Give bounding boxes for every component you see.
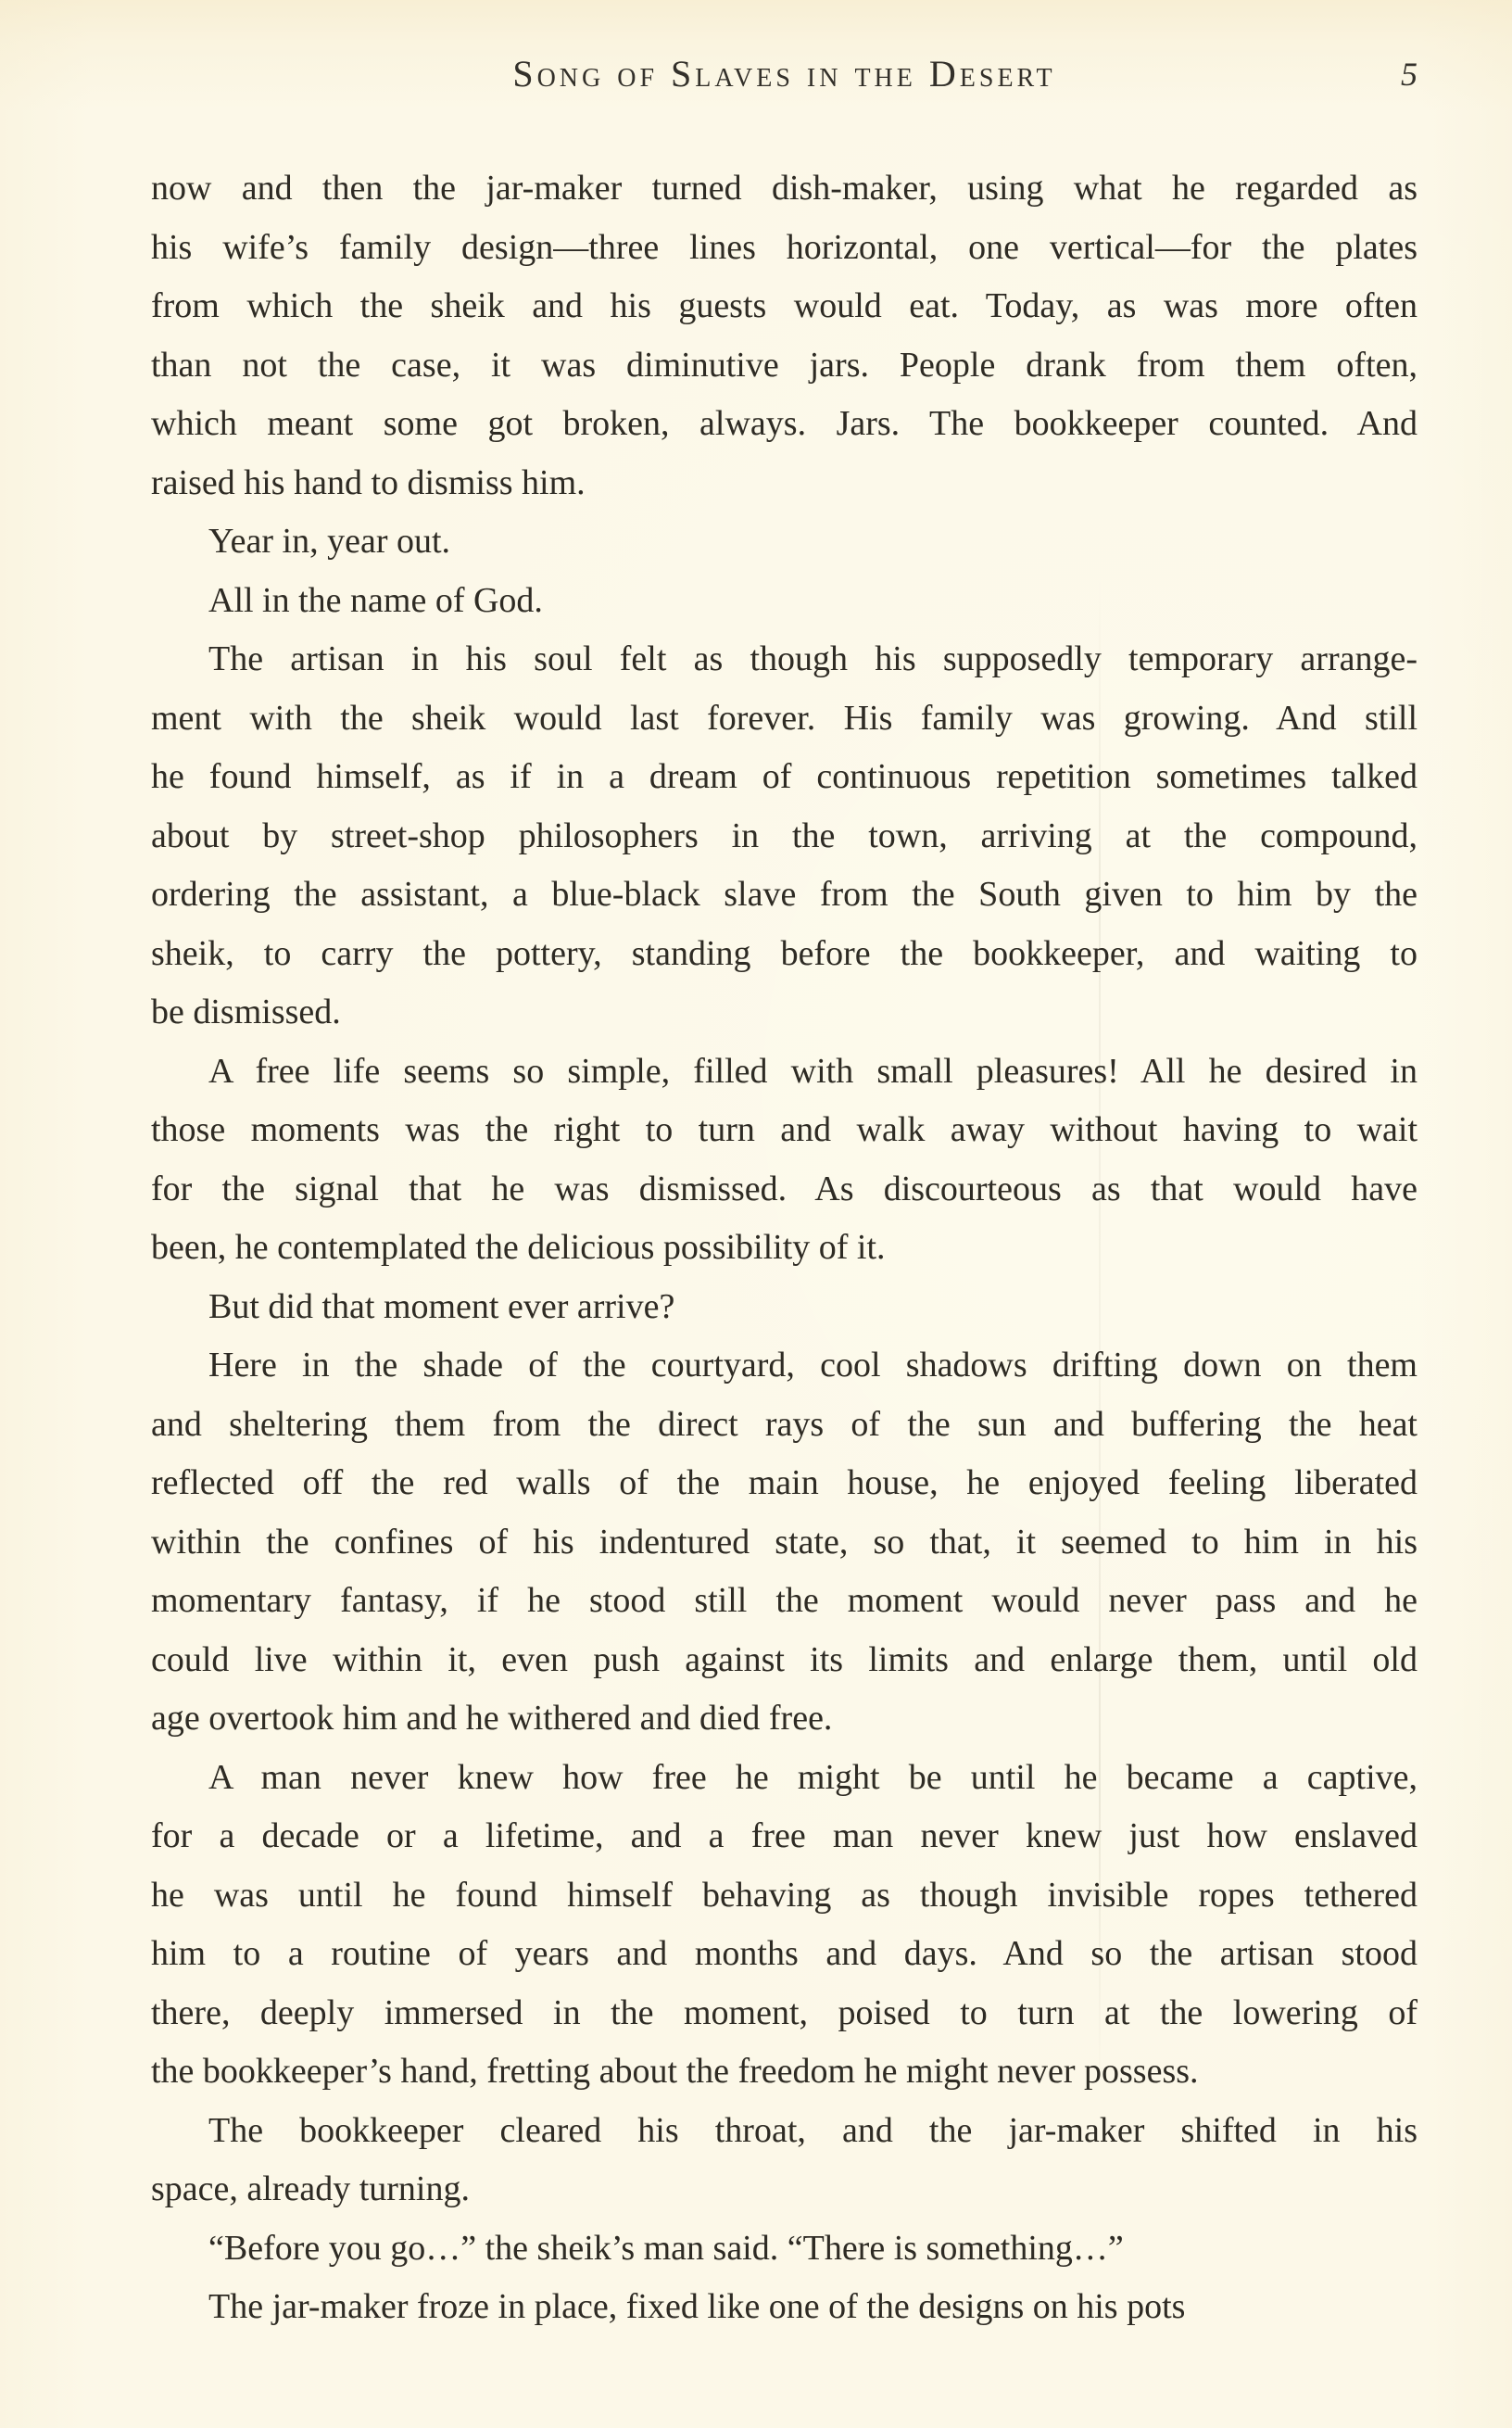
text-line: The bookkeeper cleared his throat, and t… — [151, 2102, 1417, 2161]
text-line: A free life seems so simple, filled with… — [151, 1043, 1417, 1102]
text-line: he found himself, as if in a dream of co… — [151, 748, 1417, 807]
paragraph: The bookkeeper cleared his throat, and t… — [151, 2102, 1417, 2219]
text-line: Here in the shade of the courtyard, cool… — [151, 1336, 1417, 1396]
text-line: space, already turning. — [151, 2160, 1417, 2219]
text-line: ordering the assistant, a blue-black sla… — [151, 866, 1417, 925]
text-line: than not the case, it was diminutive jar… — [151, 336, 1417, 396]
text-line: momentary fantasy, if he stood still the… — [151, 1572, 1417, 1631]
text-line: now and then the jar-maker turned dish-m… — [151, 159, 1417, 219]
text-line: The jar-maker froze in place, fixed like… — [151, 2278, 1417, 2337]
text-line: within the confines of his indentured st… — [151, 1513, 1417, 1573]
text-line: raised his hand to dismiss him. — [151, 454, 1417, 513]
text-line: for the signal that he was dismissed. As… — [151, 1160, 1417, 1220]
text-line: for a decade or a lifetime, and a free m… — [151, 1807, 1417, 1866]
text-line: be dismissed. — [151, 983, 1417, 1043]
text-line: there, deeply immersed in the moment, po… — [151, 1984, 1417, 2043]
running-header: Song of Slaves in the Desert 5 — [151, 48, 1417, 100]
paragraph: “Before you go…” the sheik’s man said. “… — [151, 2219, 1417, 2279]
text-line: reflected off the red walls of the main … — [151, 1454, 1417, 1513]
text-line: The artisan in his soul felt as though h… — [151, 630, 1417, 689]
body-text: now and then the jar-maker turned dish-m… — [151, 159, 1417, 2337]
book-page: { "page": { "header": { "title": "Song o… — [0, 0, 1512, 2428]
text-line: A man never knew how free he might be un… — [151, 1749, 1417, 1808]
text-line: from which the sheik and his guests woul… — [151, 277, 1417, 336]
page-title: Song of Slaves in the Desert — [151, 48, 1417, 100]
text-line: his wife’s family design—three lines hor… — [151, 219, 1417, 278]
paragraph: All in the name of God. — [151, 572, 1417, 631]
text-line: which meant some got broken, always. Jar… — [151, 395, 1417, 454]
paragraph: But did that moment ever arrive? — [151, 1278, 1417, 1337]
text-line: been, he contemplated the delicious poss… — [151, 1219, 1417, 1278]
text-line: Year in, year out. — [151, 512, 1417, 572]
paragraph: Here in the shade of the courtyard, cool… — [151, 1336, 1417, 1749]
paragraph: Year in, year out. — [151, 512, 1417, 572]
text-line: about by street-shop philosophers in the… — [151, 807, 1417, 866]
text-line: “Before you go…” the sheik’s man said. “… — [151, 2219, 1417, 2279]
paragraph: The jar-maker froze in place, fixed like… — [151, 2278, 1417, 2337]
paragraph: The artisan in his soul felt as though h… — [151, 630, 1417, 1043]
paragraph: now and then the jar-maker turned dish-m… — [151, 159, 1417, 512]
text-line: could live within it, even push against … — [151, 1631, 1417, 1690]
text-line: sheik, to carry the pottery, standing be… — [151, 925, 1417, 984]
text-line: those moments was the right to turn and … — [151, 1101, 1417, 1160]
text-line: age overtook him and he withered and die… — [151, 1689, 1417, 1749]
text-line: But did that moment ever arrive? — [151, 1278, 1417, 1337]
paragraph: A free life seems so simple, filled with… — [151, 1043, 1417, 1278]
paragraph: A man never knew how free he might be un… — [151, 1749, 1417, 2102]
text-line: the bookkeeper’s hand, fretting about th… — [151, 2042, 1417, 2102]
text-line: ment with the sheik would last forever. … — [151, 689, 1417, 749]
text-line: and sheltering them from the direct rays… — [151, 1396, 1417, 1455]
text-line: he was until he found himself behaving a… — [151, 1866, 1417, 1926]
text-line: him to a routine of years and months and… — [151, 1925, 1417, 1984]
text-line: All in the name of God. — [151, 572, 1417, 631]
page-number: 5 — [1401, 48, 1417, 100]
